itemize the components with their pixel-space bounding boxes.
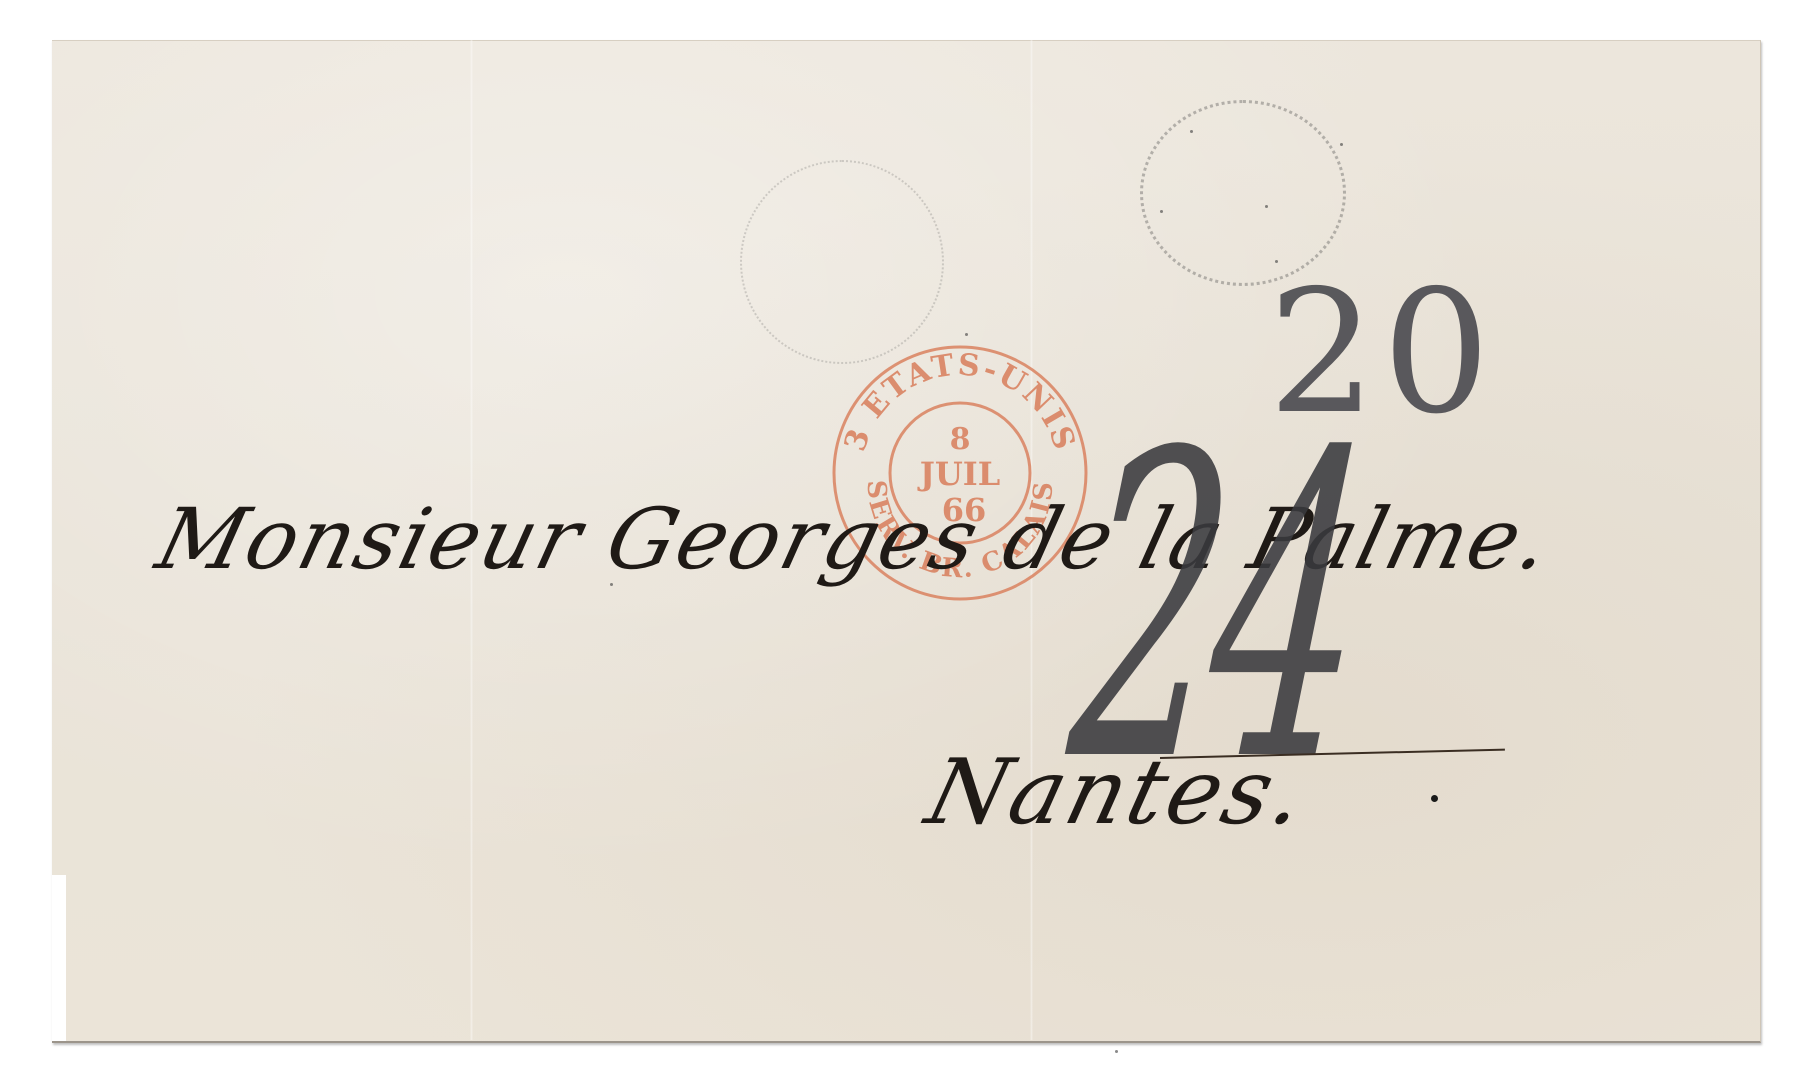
address-city: Nantes.: [917, 740, 1319, 845]
paper-speck: [965, 333, 968, 336]
paper-speck: [1190, 130, 1193, 133]
paper-speck: [1275, 260, 1278, 263]
ink-dot: [1431, 795, 1438, 802]
postmark-month: JUIL: [917, 455, 1001, 493]
postmark-day: 8: [950, 422, 971, 457]
paper-speck: [1265, 205, 1268, 208]
paper-speck: [1340, 143, 1343, 146]
paper-speck: [1160, 210, 1163, 213]
envelope-edge-notch: [52, 875, 66, 1041]
ghost-postmark: [740, 160, 944, 364]
paper-speck: [610, 583, 613, 586]
paper-speck: [1115, 1050, 1118, 1053]
